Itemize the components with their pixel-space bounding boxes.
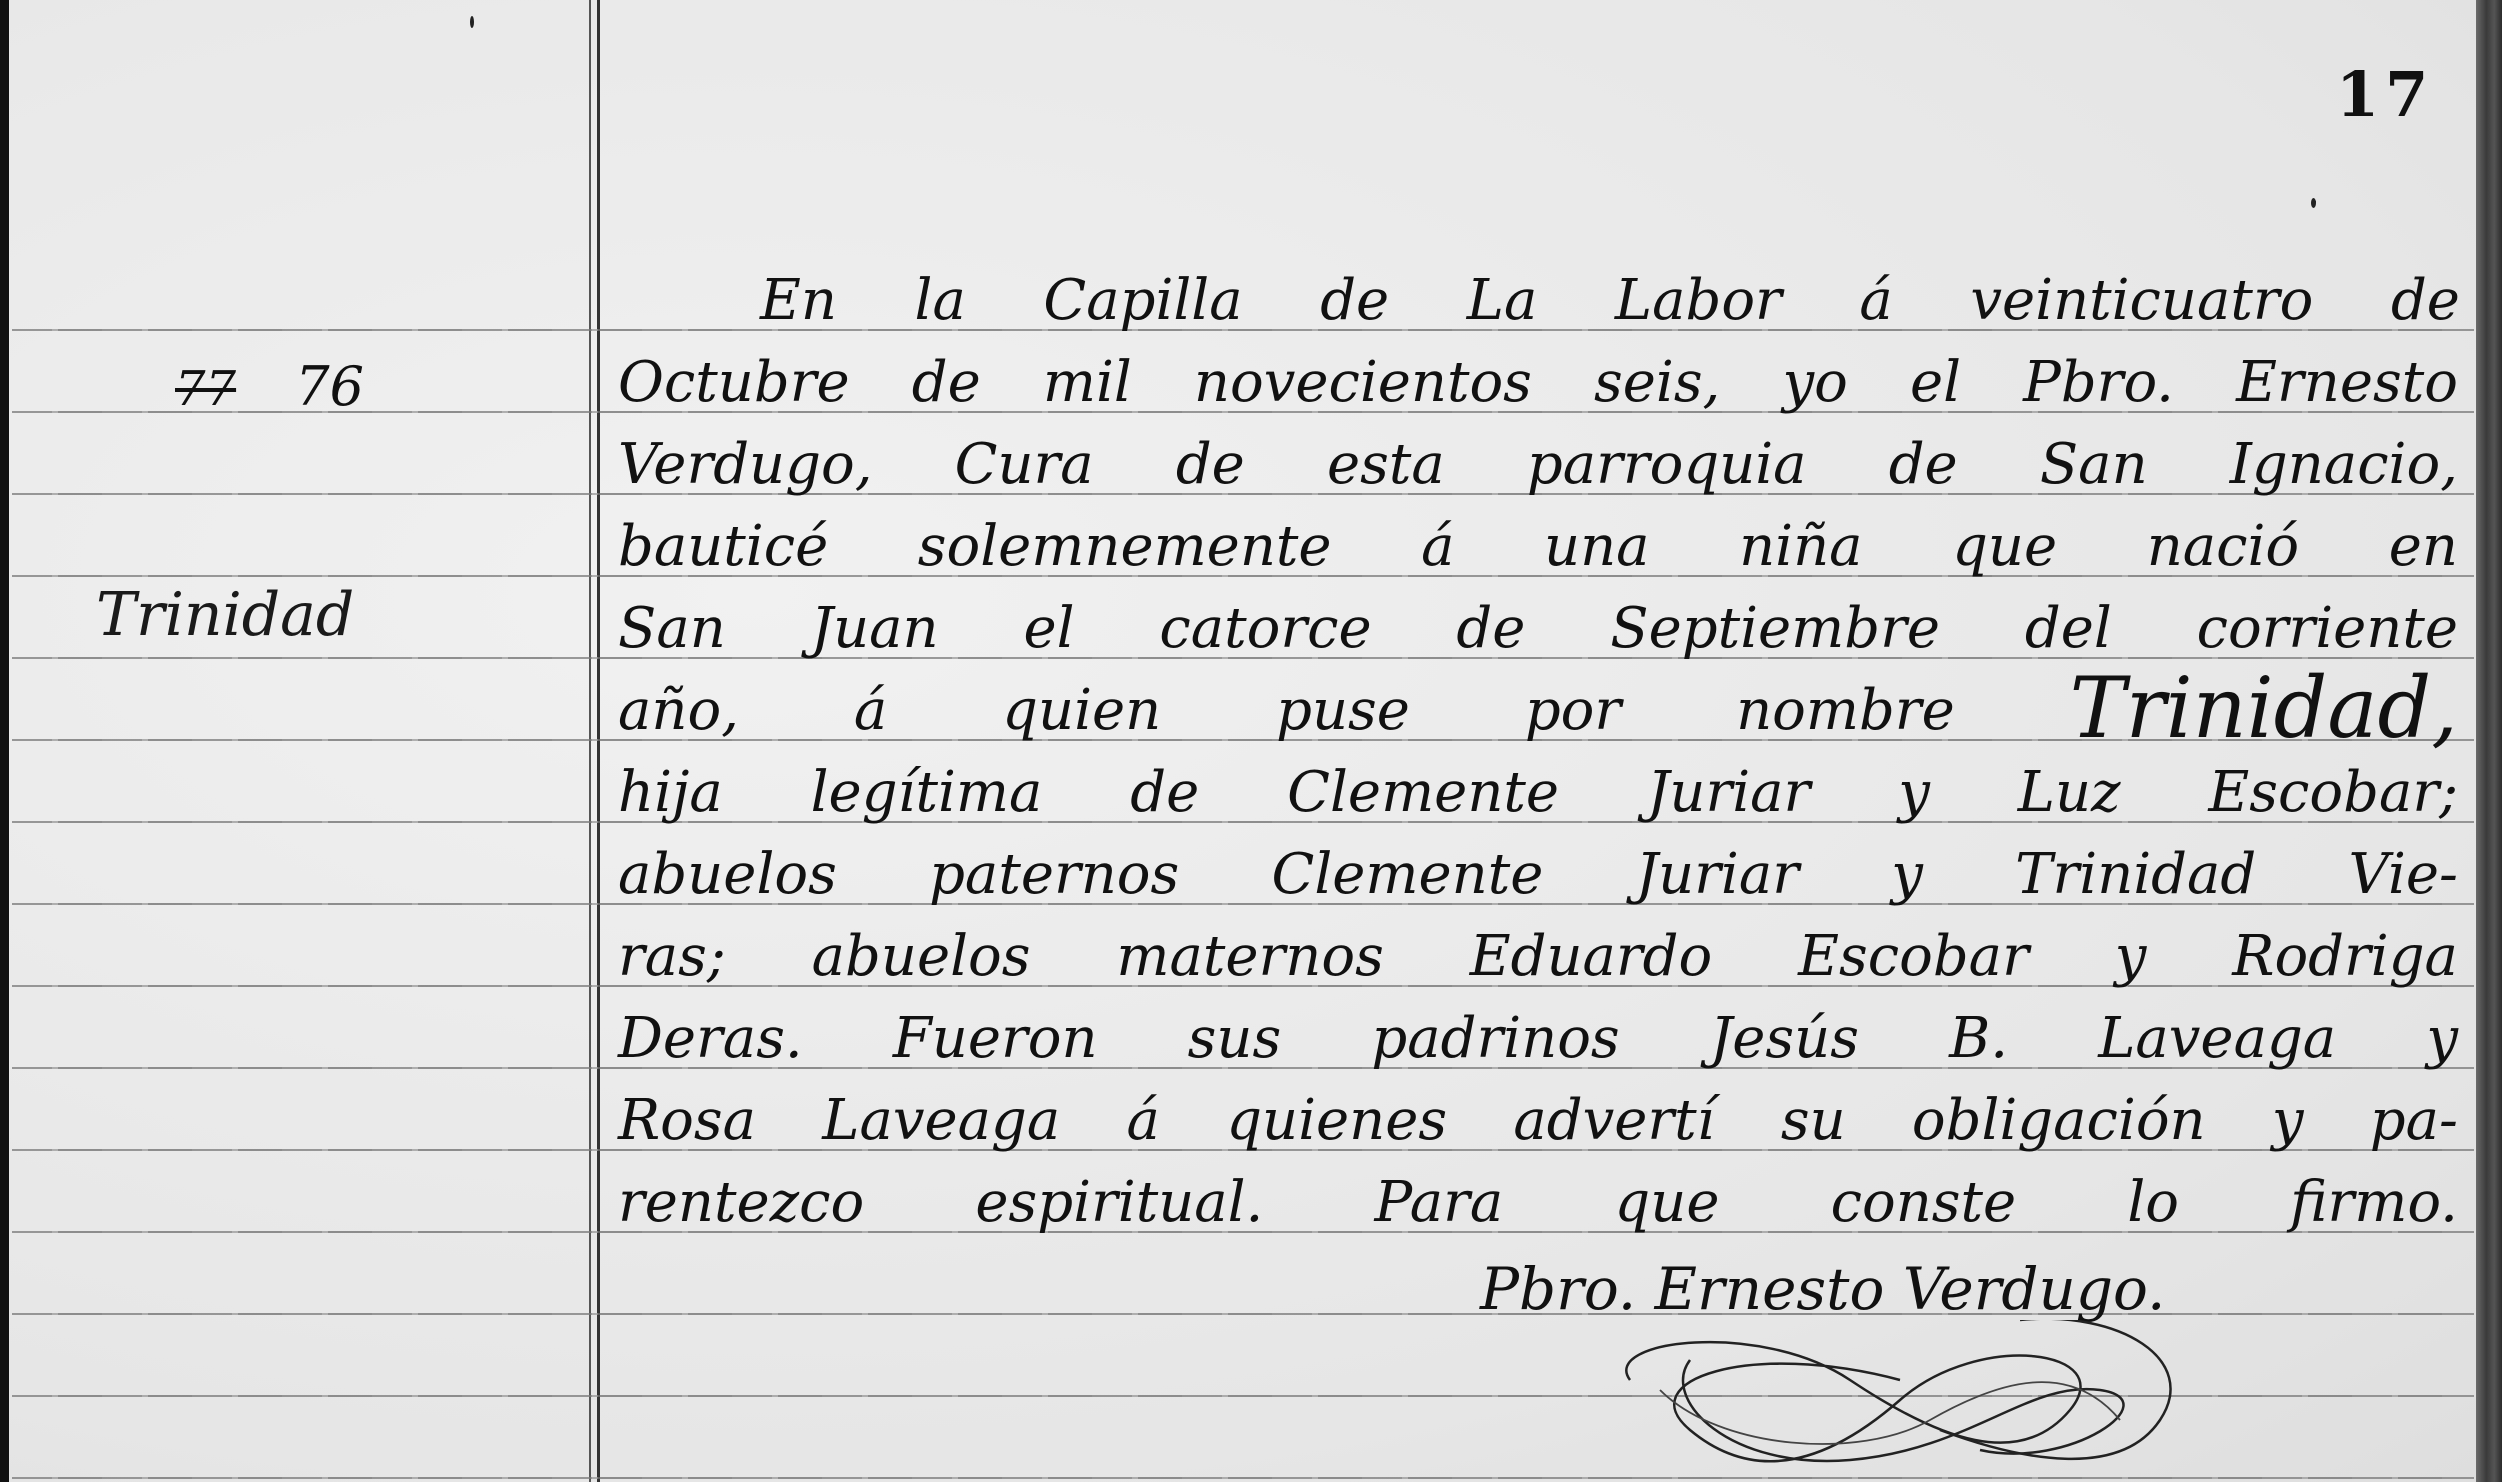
- record-word: yo: [1782, 345, 1847, 421]
- record-word: Deras.: [618, 1001, 803, 1077]
- record-word: Capilla: [1043, 263, 1242, 339]
- record-word: y: [1891, 837, 1923, 913]
- record-word: rentezco: [618, 1165, 864, 1241]
- margin-child-name: Trinidad: [96, 580, 354, 650]
- entry-number-struck: 77: [175, 361, 236, 417]
- record-word: Ignacio,: [2230, 427, 2458, 503]
- record-word: puse: [1276, 673, 1410, 749]
- record-word: abuelos: [812, 919, 1031, 995]
- record-word: paternos: [929, 837, 1179, 913]
- record-word: Labor: [1615, 263, 1782, 339]
- record-word: Ernesto: [2236, 345, 2458, 421]
- record-word: mil: [1043, 345, 1132, 421]
- record-word: Rosa: [618, 1083, 756, 1159]
- record-word: nació: [2147, 509, 2299, 585]
- record-word: lo: [2127, 1165, 2179, 1241]
- record-word: Eduardo: [1470, 919, 1713, 995]
- record-word: firmo.: [2290, 1165, 2458, 1241]
- record-word: de: [912, 345, 981, 421]
- margin-rule-inner: [597, 0, 600, 1482]
- record-word: bauticé: [618, 509, 828, 585]
- record-word: Escobar: [1798, 919, 2029, 995]
- record-word: Laveaga: [822, 1083, 1060, 1159]
- record-line: bauticésolemnementeáunaniñaquenacióen: [618, 509, 2458, 585]
- ledger-page: 17 77 76 Trinidad EnlaCapilladeLaLaboráv…: [0, 0, 2502, 1482]
- record-word: la: [915, 263, 966, 339]
- record-word: maternos: [1116, 919, 1383, 995]
- record-word: y: [1898, 755, 1930, 831]
- record-word: San: [618, 591, 726, 667]
- signature-flourish-icon: [1600, 1320, 2220, 1482]
- record-word: en: [2389, 509, 2458, 585]
- record-line: EnlaCapilladeLaLaboráveinticuatrode: [760, 263, 2460, 339]
- record-word: Para: [1375, 1165, 1504, 1241]
- record-word: niña: [1739, 509, 1862, 585]
- record-word: nombre: [1736, 673, 1955, 749]
- record-word: una: [1544, 509, 1650, 585]
- record-word: sus: [1188, 1001, 1282, 1077]
- record-word: á: [1421, 509, 1454, 585]
- record-word: espiritual.: [975, 1165, 1263, 1241]
- record-word: el: [1910, 345, 1961, 421]
- record-word: Juan: [811, 591, 939, 667]
- record-word: y: [2272, 1083, 2304, 1159]
- record-word: quien: [1002, 673, 1161, 749]
- record-word: En: [760, 263, 837, 339]
- record-word: Luz: [2018, 755, 2121, 831]
- record-word: pa-: [2370, 1083, 2458, 1159]
- record-word: legítima: [811, 755, 1043, 831]
- record-word: Jesús: [1710, 1001, 1859, 1077]
- record-word: San: [2040, 427, 2148, 503]
- record-word: Fueron: [893, 1001, 1098, 1077]
- record-word: esta: [1327, 427, 1445, 503]
- ink-speck: [2312, 200, 2316, 204]
- record-word: Trinidad: [2015, 837, 2256, 913]
- record-word: á: [854, 673, 887, 749]
- entry-number-current: 76: [295, 355, 364, 418]
- record-word: abuelos: [618, 837, 837, 913]
- record-line: Octubredemilnovecientosseis,yoelPbro.Ern…: [618, 345, 2458, 421]
- record-word: año,: [618, 673, 739, 749]
- record-word: Escobar;: [2208, 755, 2458, 831]
- record-word: obligación: [1912, 1083, 2206, 1159]
- record-word: Pbro.: [2023, 345, 2174, 421]
- record-word: veinticuatro: [1970, 263, 2313, 339]
- record-word: de: [1176, 427, 1245, 503]
- record-word: La: [1467, 263, 1538, 339]
- record-word: Verdugo,: [618, 427, 873, 503]
- record-word: Laveaga: [2098, 1001, 2336, 1077]
- record-word: conste: [1831, 1165, 2017, 1241]
- record-word: Trinidad,: [2070, 673, 2458, 749]
- record-line: año,áquienpusepornombreTrinidad,: [618, 673, 2458, 749]
- record-word: padrinos: [1371, 1001, 1619, 1077]
- record-word: de: [1456, 591, 1525, 667]
- record-word: y: [2426, 1001, 2458, 1077]
- record-word: que: [1952, 509, 2057, 585]
- record-word: su: [1781, 1083, 1846, 1159]
- record-word: Clemente: [1287, 755, 1559, 831]
- record-word: Vie-: [2349, 837, 2458, 913]
- record-word: parroquia: [1527, 427, 1807, 503]
- record-line: abuelospaternosClementeJuriaryTrinidadVi…: [618, 837, 2458, 913]
- record-word: de: [1889, 427, 1958, 503]
- record-line: Deras.FueronsuspadrinosJesúsB.Laveagay: [618, 1001, 2458, 1077]
- record-word: á: [1859, 263, 1892, 339]
- record-word: Octubre: [618, 345, 850, 421]
- record-word: Juriar: [1636, 837, 1799, 913]
- page-number: 17: [2336, 58, 2434, 131]
- entry-number: 77 76: [175, 355, 364, 418]
- record-word: advertí: [1513, 1083, 1714, 1159]
- record-word: Clemente: [1272, 837, 1544, 913]
- record-word: á: [1127, 1083, 1160, 1159]
- record-word: de: [1130, 755, 1199, 831]
- record-word: Rodriga: [2232, 919, 2458, 995]
- record-line: ras;abuelosmaternosEduardoEscobaryRodrig…: [618, 919, 2458, 995]
- record-word: de: [1320, 263, 1389, 339]
- record-word: novecientos: [1194, 345, 1532, 421]
- book-binding-edge: [2476, 0, 2502, 1482]
- record-word: corriente: [2197, 591, 2458, 667]
- record-word: hija: [618, 755, 723, 831]
- record-word: Cura: [955, 427, 1094, 503]
- record-line: rentezcoespiritual.Paraqueconstelofirmo.: [618, 1165, 2458, 1241]
- ink-speck: [470, 16, 474, 28]
- record-word: ras;: [618, 919, 726, 995]
- record-word: de: [2391, 263, 2460, 339]
- record-word: B.: [1949, 1001, 2008, 1077]
- margin-rule-outer: [589, 0, 591, 1482]
- record-line: Verdugo,CuradeestaparroquiadeSanIgnacio,: [618, 427, 2458, 503]
- record-word: Juriar: [1647, 755, 1810, 831]
- record-line: SanJuanelcatorcedeSeptiembredelcorriente: [618, 591, 2458, 667]
- priest-signature: Pbro. Ernesto Verdugo.: [1480, 1255, 2165, 1323]
- record-word: catorce: [1159, 591, 1371, 667]
- record-word: Septiembre: [1610, 591, 1940, 667]
- record-word: el: [1023, 591, 1074, 667]
- record-line: hijalegítimadeClementeJuriaryLuzEscobar;: [618, 755, 2458, 831]
- record-word: del: [2025, 591, 2112, 667]
- record-word: por: [1525, 673, 1621, 749]
- record-word: seis,: [1594, 345, 1720, 421]
- record-word: y: [2115, 919, 2147, 995]
- record-word: que: [1614, 1165, 1719, 1241]
- page-left-border: [0, 0, 9, 1482]
- record-word: quienes: [1226, 1083, 1447, 1159]
- record-word: solemnemente: [918, 509, 1332, 585]
- record-line: RosaLaveagaáquienesadvertísuobligaciónyp…: [618, 1083, 2458, 1159]
